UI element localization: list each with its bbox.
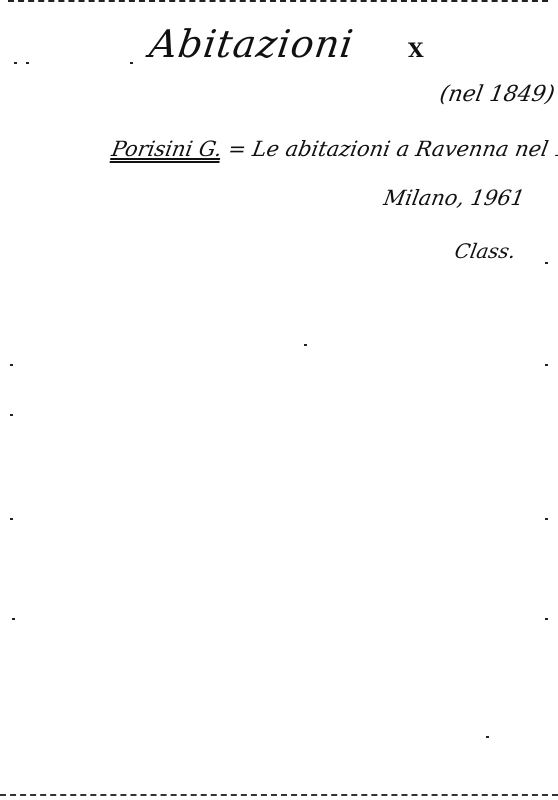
top-edge-border	[8, 0, 548, 4]
scan-speck	[130, 62, 133, 64]
bottom-edge-border	[0, 794, 558, 798]
citation-separator: =	[226, 137, 248, 161]
scan-speck	[545, 618, 548, 620]
scan-speck	[12, 618, 15, 620]
scan-speck	[545, 518, 548, 520]
publication-place-year: Milano, 1961	[382, 186, 527, 210]
scan-speck	[545, 262, 548, 264]
classification-note: Class.	[453, 239, 518, 263]
scan-speck	[304, 344, 307, 346]
cross-mark-icon: X	[408, 38, 424, 62]
subject-heading: Abitazioni	[147, 22, 357, 66]
scan-speck	[10, 414, 13, 416]
scan-speck	[486, 736, 489, 738]
scan-speck	[14, 62, 17, 64]
date-note: (nel 1849)	[438, 82, 557, 107]
scan-speck	[545, 364, 548, 366]
scan-speck	[10, 518, 13, 520]
catalog-card: Abitazioni X (nel 1849) Porisini G. = Le…	[0, 0, 558, 800]
citation-title: Le abitazioni a Ravenna nel 1849	[251, 137, 558, 161]
scan-speck	[10, 364, 13, 366]
citation: Porisini G. = Le abitazioni a Ravenna ne…	[110, 137, 558, 161]
scan-speck	[26, 62, 29, 64]
citation-author: Porisini G.	[110, 137, 224, 161]
